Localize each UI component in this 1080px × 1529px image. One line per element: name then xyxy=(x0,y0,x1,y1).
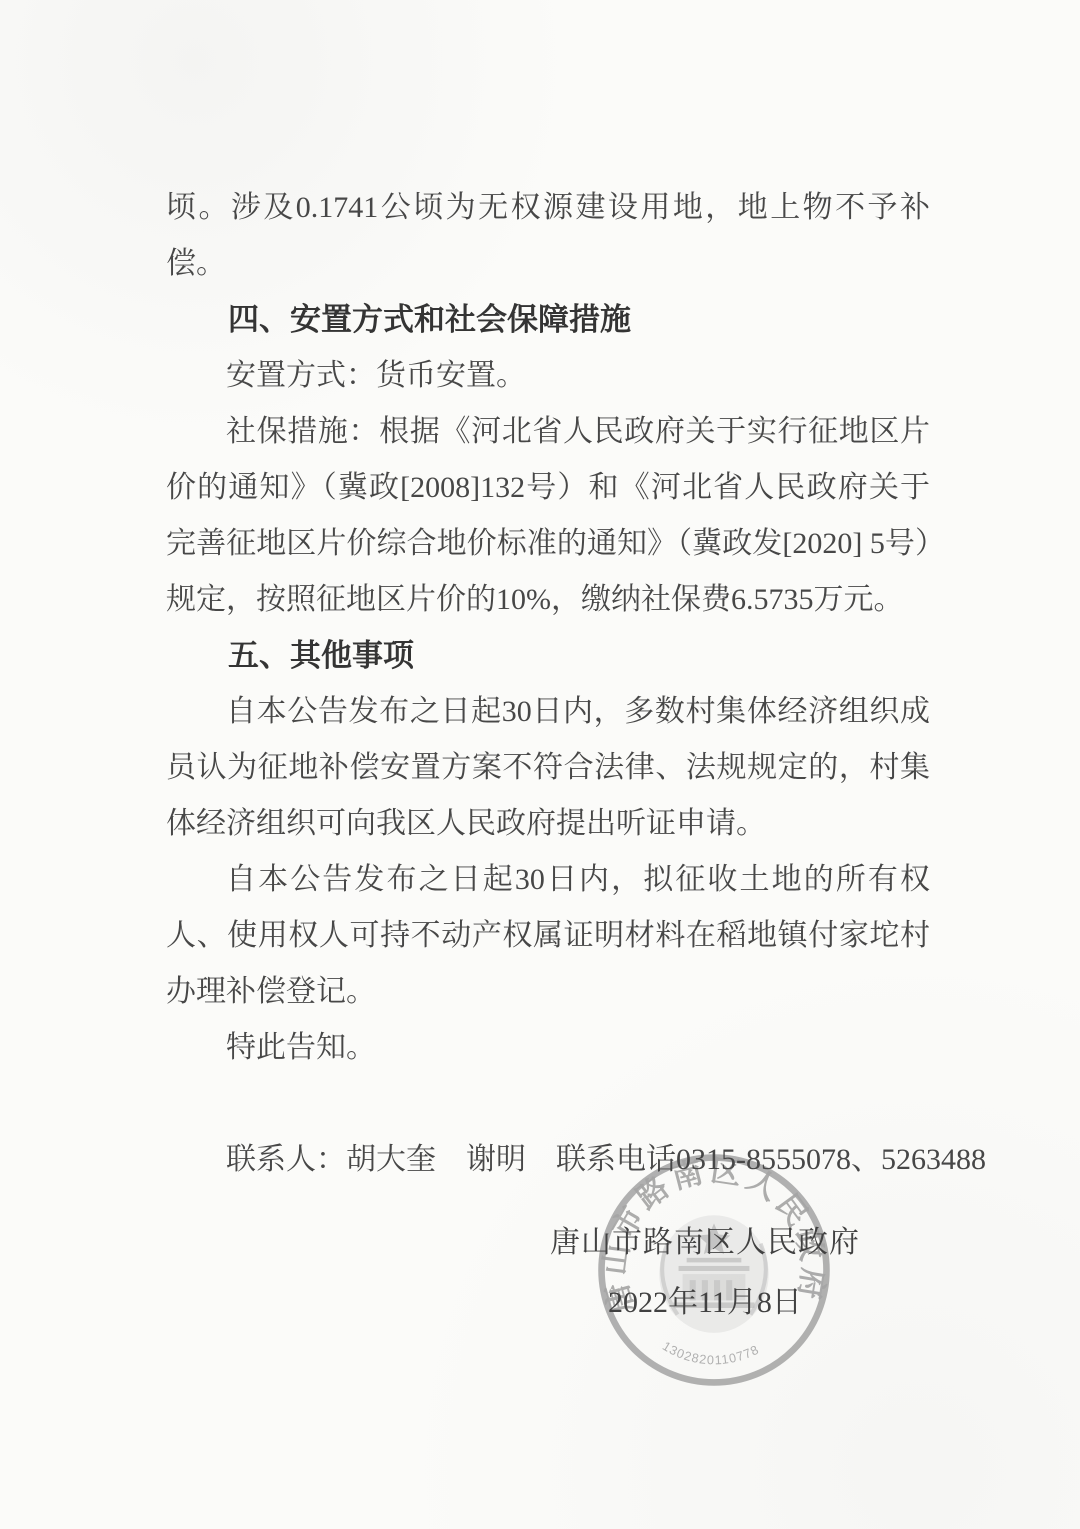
continuation-paragraph: 顷。涉及0.1741公顷为无权源建设用地，地上物不予补偿。 xyxy=(166,180,930,292)
social-security-paragraph: 社保措施：根据《河北省人民政府关于实行征地区片价的通知》（冀政[2008]132… xyxy=(166,404,930,628)
document-body: 顷。涉及0.1741公顷为无权源建设用地，地上物不予补偿。 四、安置方式和社会保… xyxy=(166,180,930,1188)
seal-code-text: 1302820110778 xyxy=(660,1339,762,1367)
signature-block: 唐山市路南区人民政府 2022年11月8日 xyxy=(505,1226,905,1320)
section-five-heading: 五、其他事项 xyxy=(166,628,930,684)
registration-paragraph: 自本公告发布之日起30日内，拟征收土地的所有权人、使用权人可持不动产权属证明材料… xyxy=(166,852,930,1020)
hearing-paragraph: 自本公告发布之日起30日内，多数村集体经济组织成员认为征地补偿安置方案不符合法律… xyxy=(166,684,930,852)
closing-paragraph: 特此告知。 xyxy=(166,1020,930,1076)
issuing-agency: 唐山市路南区人民政府 xyxy=(505,1226,905,1260)
issue-date: 2022年11月8日 xyxy=(505,1286,905,1320)
contact-line: 联系人：胡大奎 谢明 联系电话0315-8555078、5263488 xyxy=(166,1132,930,1188)
section-four-heading: 四、安置方式和社会保障措施 xyxy=(166,292,930,348)
svg-text:1302820110778: 1302820110778 xyxy=(660,1339,762,1367)
resettlement-paragraph: 安置方式：货币安置。 xyxy=(166,348,930,404)
